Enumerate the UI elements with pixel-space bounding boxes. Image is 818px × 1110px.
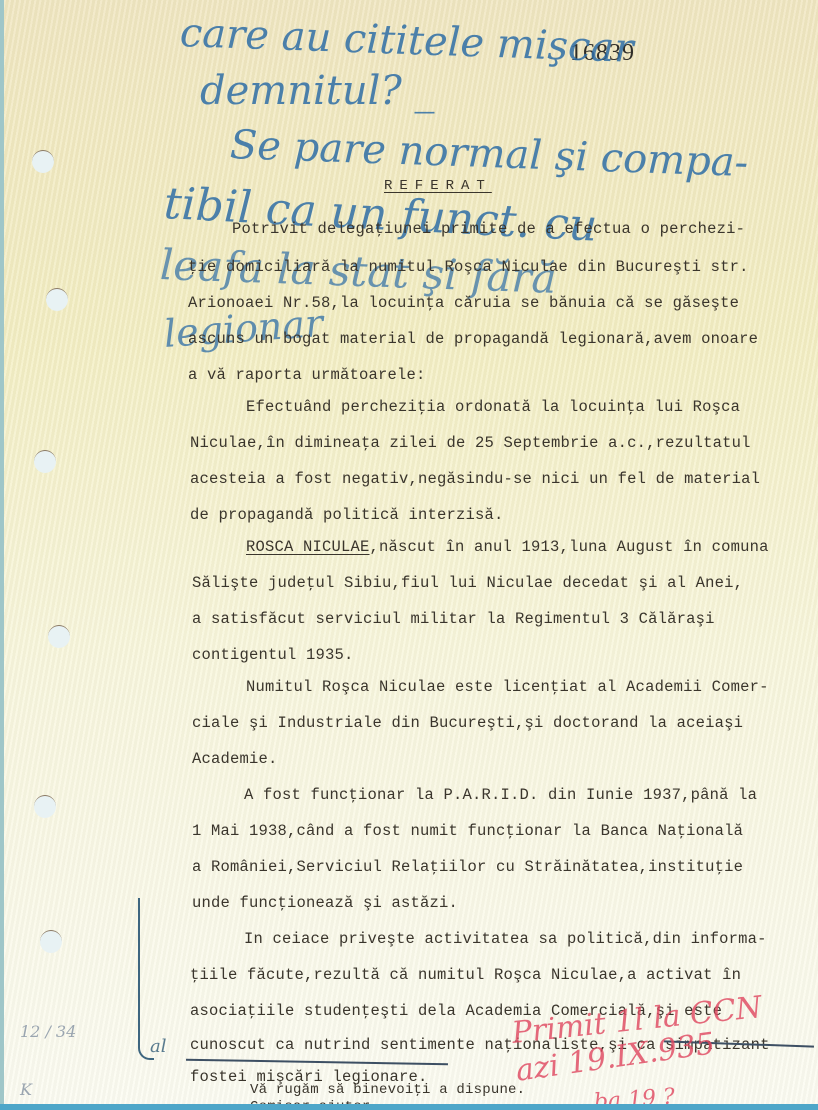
handwritten-note-line-3: Se pare normal şi compa- bbox=[229, 122, 749, 186]
text-line: Academie. bbox=[192, 750, 278, 768]
text-line: de propagandă politică interzisă. bbox=[190, 506, 504, 524]
text-line: Niculae,în dimineaţa zilei de 25 Septemb… bbox=[190, 434, 751, 452]
text-line: Sălişte judeţul Sibiu,fiul lui Niculae d… bbox=[192, 574, 743, 592]
text-line: A fost funcţionar la P.A.R.I.D. din Iuni… bbox=[244, 786, 757, 804]
background-edge bbox=[0, 1104, 818, 1110]
punch-hole bbox=[34, 795, 56, 818]
punch-hole bbox=[48, 625, 70, 648]
text-line: ascuns un bogat material de propagandă l… bbox=[188, 330, 758, 348]
closing-line: Vă rugăm să binevoiţi a dispune. bbox=[250, 1082, 525, 1098]
text-line: ţiile făcute,rezultă că numitul Roşca Ni… bbox=[190, 966, 741, 984]
text-fragment: ,născut în anul 1913,luna August în comu… bbox=[370, 538, 769, 556]
text-line: ţie domiciliară la numitul Roşca Niculae… bbox=[188, 258, 749, 276]
text-line: unde funcţionează şi astăzi. bbox=[192, 894, 458, 912]
handwritten-note-line-2: demnitul? _ bbox=[200, 68, 435, 114]
underline-stroke bbox=[186, 1059, 448, 1066]
text-line: a României,Serviciul Relaţiilor cu Străi… bbox=[192, 858, 743, 876]
text-line: 1 Mai 1938,când a fost numit funcţionar … bbox=[192, 822, 743, 840]
punch-hole bbox=[46, 288, 68, 311]
document-page: 16839 care au cititele mişcar demnitul? … bbox=[4, 0, 818, 1104]
text-line: contigentul 1935. bbox=[192, 646, 354, 664]
text-line: acesteia a fost negativ,negăsindu-se nic… bbox=[190, 470, 760, 488]
text-line: Numitul Roşca Niculae este licenţiat al … bbox=[246, 678, 769, 696]
handwritten-note-line-1: care au cititele mişcar bbox=[179, 10, 634, 72]
text-line: ciale şi Industriale din Bucureşti,şi do… bbox=[192, 714, 743, 732]
punch-hole bbox=[34, 450, 56, 473]
handwritten-note-line-4: tibil ca un funct. cu bbox=[163, 178, 599, 252]
text-line: a vă raporta următoarele: bbox=[188, 366, 426, 384]
punch-hole bbox=[32, 150, 54, 173]
text-line: Potrivit delegaţiunei primite de a efect… bbox=[232, 220, 745, 238]
margin-scribble: K bbox=[20, 1080, 32, 1099]
text-line: In ceiace priveşte activitatea sa politi… bbox=[244, 930, 767, 948]
subject-name: ROSCA NICULAE bbox=[246, 538, 370, 556]
text-line: ROSCA NICULAE,născut în anul 1913,luna A… bbox=[246, 538, 769, 556]
text-line: Efectuând percheziţia ordonată la locuin… bbox=[246, 398, 740, 416]
margin-scribble: 12 / 34 bbox=[20, 1022, 76, 1041]
handwritten-margin-al: al bbox=[150, 1036, 167, 1057]
document-title: REFERAT bbox=[384, 178, 492, 194]
punch-hole bbox=[40, 930, 62, 953]
text-line: a satisfăcut serviciul militar la Regime… bbox=[192, 610, 715, 628]
text-line: Arionoaei Nr.58,la locuinţa căruia se bă… bbox=[188, 294, 739, 312]
